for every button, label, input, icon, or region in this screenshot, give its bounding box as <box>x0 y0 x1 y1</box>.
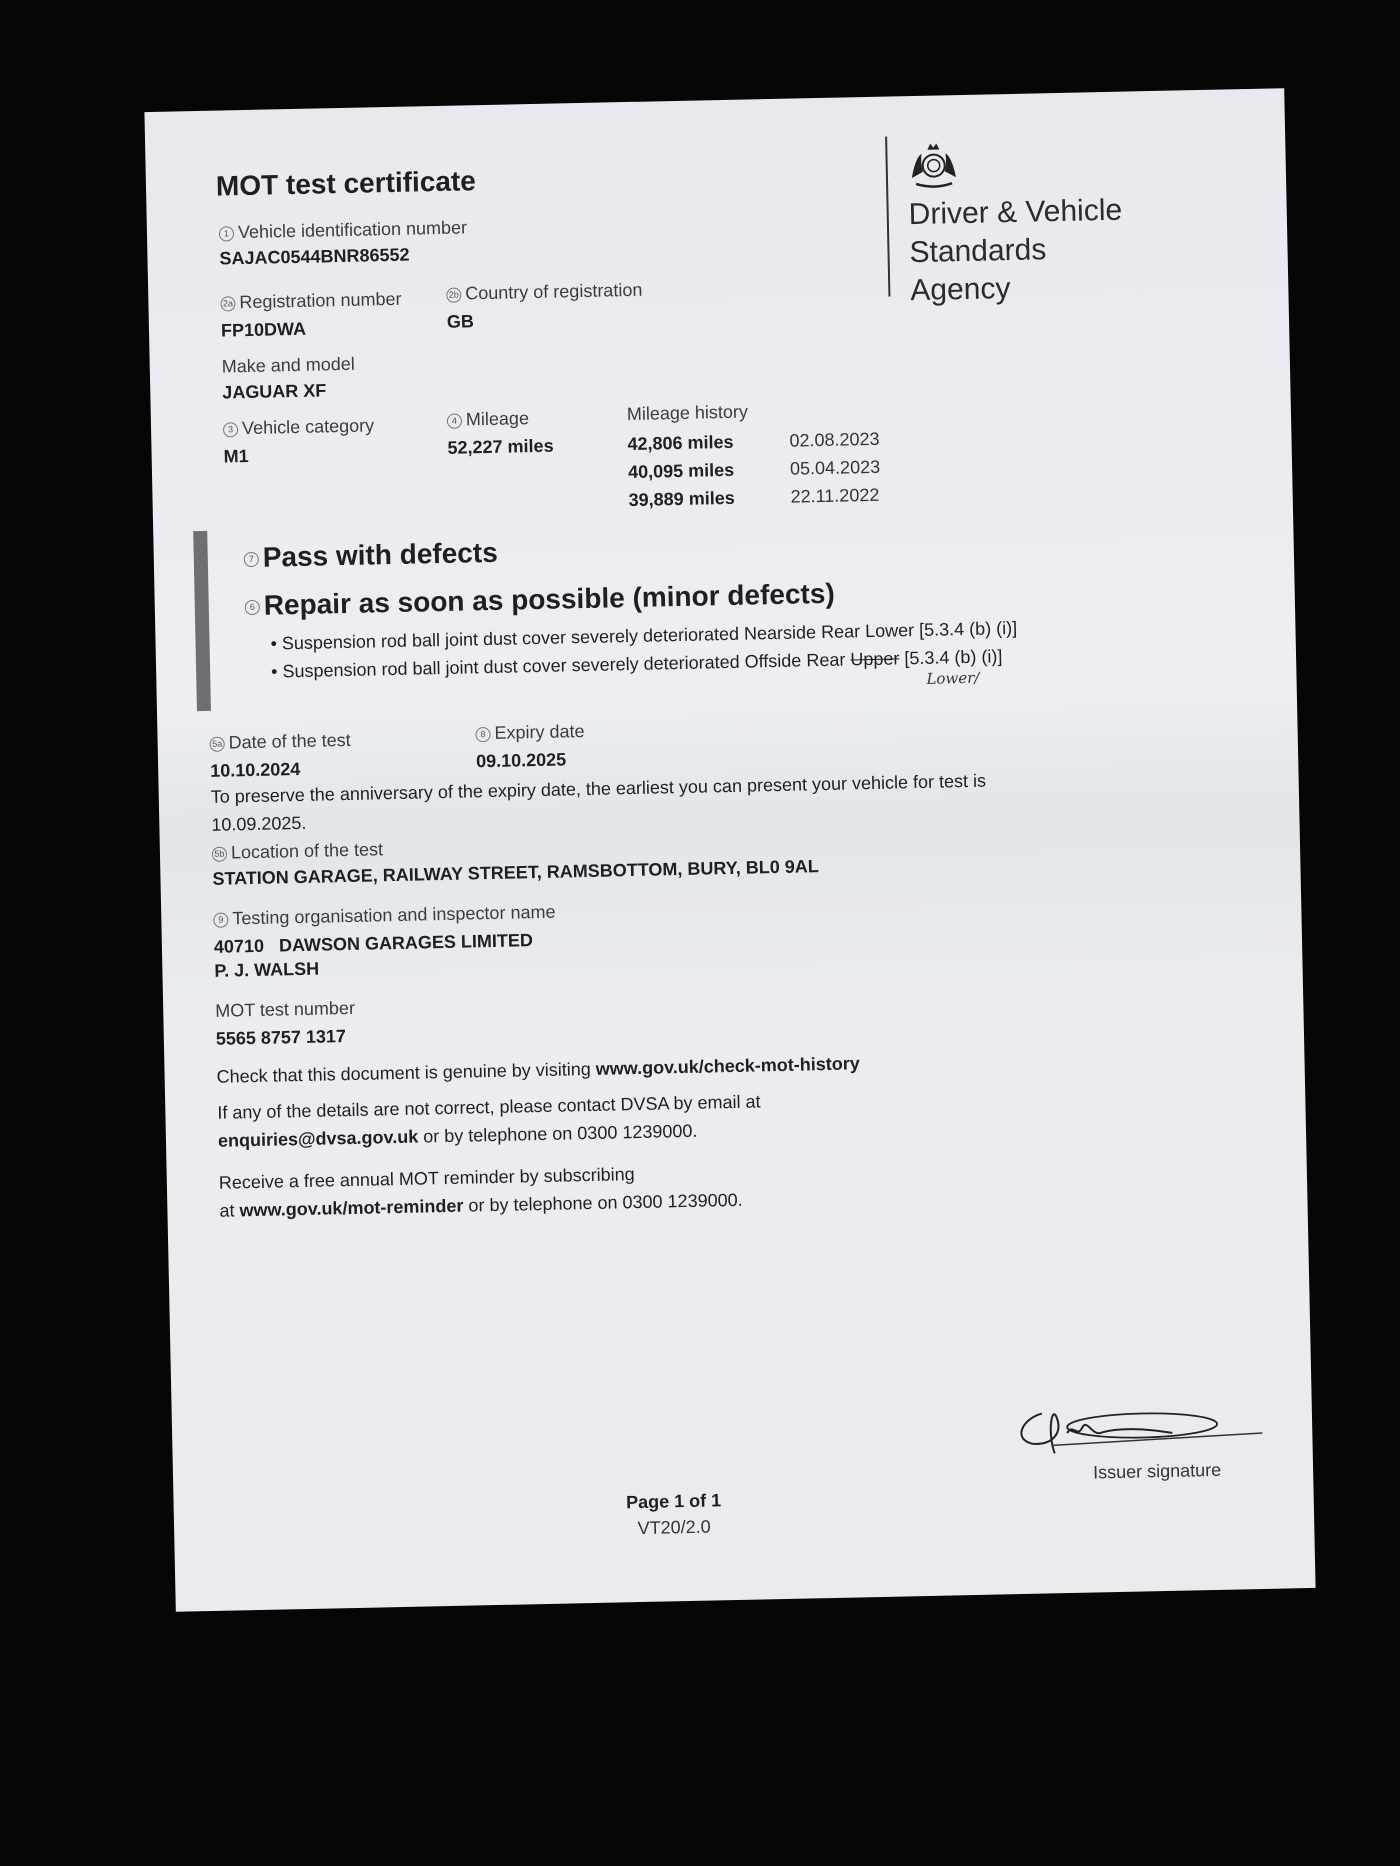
field-number-badge: 2a <box>220 296 235 311</box>
agency-name: Driver & Vehicle Standards Agency <box>908 192 1124 310</box>
test-date-label: 5aDate of the test <box>209 730 350 754</box>
test-location-label: 5bLocation of the test <box>212 839 384 864</box>
mot-test-number-value: 5565 8757 1317 <box>216 1026 347 1050</box>
dvsa-email-link[interactable]: enquiries@dvsa.gov.uk <box>218 1127 419 1151</box>
make-model-value: JAGUAR XF <box>222 380 326 403</box>
field-number-badge: 8 <box>475 727 490 742</box>
field-number-badge: 5b <box>212 846 227 861</box>
vehicle-category-value: M1 <box>223 446 248 468</box>
field-number-badge: 6 <box>245 600 260 615</box>
mileage-history-label: Mileage history <box>627 402 748 426</box>
form-code: VT20/2.0 <box>594 1516 754 1540</box>
field-number-badge: 7 <box>244 552 259 567</box>
contact-text: If any of the details are not correct, p… <box>217 1087 761 1154</box>
registration-value: FP10DWA <box>221 319 306 342</box>
field-number-badge: 4 <box>447 413 462 428</box>
agency-line-1: Driver & Vehicle <box>908 192 1122 234</box>
struck-text: Upper <box>850 648 899 669</box>
testing-organisation-value: 40710 DAWSON GARAGES LIMITED <box>214 930 533 958</box>
handwritten-correction: Lower/ <box>926 669 979 688</box>
check-mot-history-link[interactable]: www.gov.uk/check-mot-history <box>596 1053 860 1079</box>
issuer-signature-icon <box>1011 1389 1272 1464</box>
make-model-label: Make and model <box>222 354 355 378</box>
genuine-check-text: Check that this document is genuine by v… <box>216 1049 860 1090</box>
test-result-status: 7Pass with defects <box>243 537 498 574</box>
expiry-date-value: 09.10.2025 <box>476 749 567 772</box>
anniversary-note: To preserve the anniversary of the expir… <box>210 767 986 839</box>
mileage-value: 52,227 miles <box>447 436 554 459</box>
mot-certificate-paper: MOT test certificate Driver & Vehicle St… <box>144 88 1315 1612</box>
mileage-history-list: 42,806 miles02.08.2023 40,095 miles05.04… <box>627 425 881 514</box>
defects-heading: 6Repair as soon as possible (minor defec… <box>244 578 835 622</box>
logo-divider <box>885 137 890 297</box>
mot-test-number-label: MOT test number <box>215 998 355 1022</box>
country-value: GB <box>447 311 474 333</box>
expiry-date-label: 8Expiry date <box>475 721 584 744</box>
field-number-badge: 9 <box>213 912 228 927</box>
vehicle-category-label: 3Vehicle category <box>223 415 375 439</box>
registration-label: 2aRegistration number <box>220 289 401 314</box>
royal-coat-of-arms-icon <box>905 137 962 190</box>
document-title: MOT test certificate <box>216 165 476 202</box>
mileage-history-row: 39,889 miles22.11.2022 <box>628 481 881 514</box>
test-date-value: 10.10.2024 <box>210 759 301 782</box>
agency-line-2: Standards <box>909 230 1123 272</box>
reminder-text: Receive a free annual MOT reminder by su… <box>219 1158 743 1225</box>
country-label: 2bCountry of registration <box>446 280 642 305</box>
field-number-badge: 1 <box>219 226 234 241</box>
mileage-label: 4Mileage <box>447 408 529 431</box>
mot-reminder-link[interactable]: www.gov.uk/mot-reminder <box>239 1196 463 1221</box>
page-indicator: Page 1 of 1 <box>593 1490 753 1514</box>
agency-line-3: Agency <box>910 268 1124 310</box>
issuer-signature-label: Issuer signature <box>1093 1460 1221 1484</box>
field-number-badge: 2b <box>446 287 461 302</box>
vin-label: 1Vehicle identification number <box>219 217 468 243</box>
result-indicator-bar <box>193 531 211 711</box>
field-number-badge: 5a <box>210 736 225 751</box>
testing-organisation-label: 9Testing organisation and inspector name <box>213 902 556 930</box>
field-number-badge: 3 <box>223 422 238 437</box>
vin-value: SAJAC0544BNR86552 <box>219 245 410 270</box>
inspector-name: P. J. WALSH <box>214 959 319 982</box>
